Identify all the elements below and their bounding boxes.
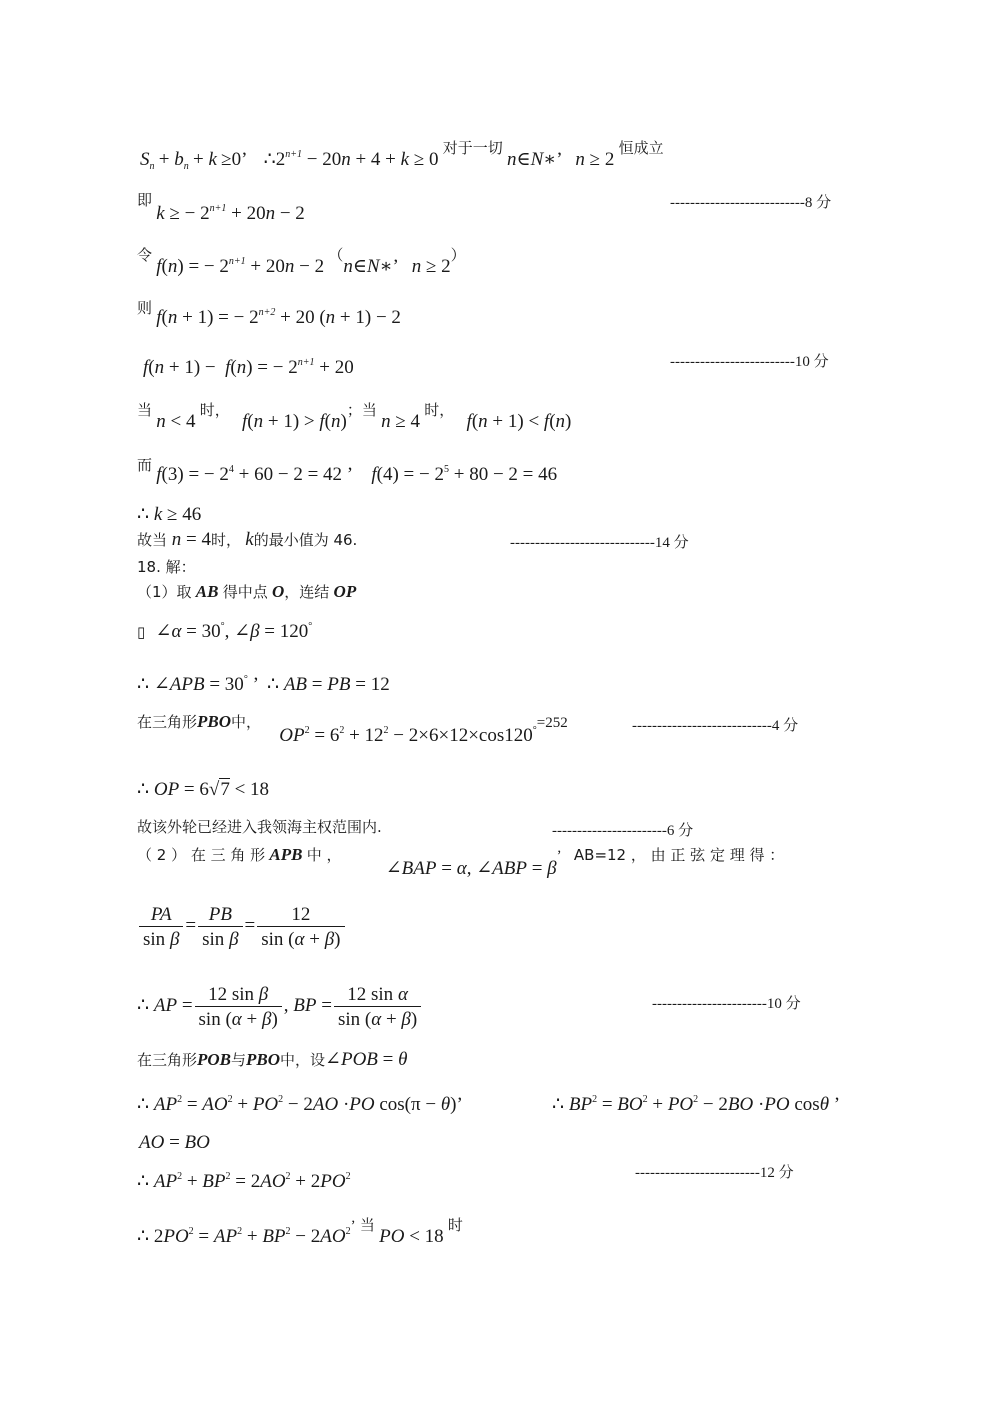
text: AB=12 ， 由 正 弦 定 理 得 ：	[574, 846, 784, 864]
text: （ 2 ） 在 三 角 形	[137, 846, 265, 864]
math-equation: PAsin β=PBsin β=12sin (α + β)	[137, 915, 347, 936]
line-16: 故该外轮已经进入我领海主权范围内.	[137, 818, 382, 835]
score-marker-10: -------------------------10 分	[670, 350, 829, 371]
line-15: ∴ OP = 6√7 < 18	[137, 780, 269, 799]
math: ∠POB = θ	[325, 1049, 407, 1070]
score-label: 4 分	[772, 718, 798, 734]
math: ’	[557, 848, 562, 864]
math: k	[245, 529, 253, 550]
math: +	[159, 149, 174, 170]
text: 令	[137, 246, 152, 264]
math: f(3) = − 24 + 60 − 2 = 42 ’	[156, 464, 353, 485]
math: ’	[351, 1218, 356, 1234]
fraction: 12 sin βsin (α + β)	[195, 985, 282, 1029]
math: OP	[334, 582, 357, 601]
text: 时，	[200, 401, 230, 419]
math: n∈N∗’ n ≥ 2	[343, 256, 450, 277]
line-20: 在三角形POB与PBO中，设∠POB = θ	[137, 1050, 407, 1069]
text: 则	[137, 299, 152, 317]
math: PO < 18	[379, 1226, 444, 1247]
line-3: 令 f(n) = − 2n+1 + 20n − 2 （n∈N∗’ n ≥ 2）	[137, 245, 466, 264]
text: 恒成立	[619, 139, 664, 157]
math: ≥	[221, 149, 231, 170]
math: ∠BAP = α, ∠ABP = β	[386, 858, 557, 879]
math: AB	[196, 582, 219, 601]
math: f(n) = − 2n+1 + 20n − 2	[156, 256, 324, 277]
text: 故该外轮已经进入我领海主权范围内.	[137, 818, 382, 836]
text: 当	[360, 1216, 375, 1234]
line-24: ∴ 2PO2 = AP2 + BP2 − 2AO2’ 当 PO < 18 时	[137, 1215, 463, 1234]
math: ∴ OP = 6√7 < 18	[137, 778, 269, 800]
line-19: ∴ AP =12 sin βsin (α + β), BP =12 sin αs…	[137, 985, 423, 1029]
math: +	[193, 149, 208, 170]
score-label: 12 分	[760, 1165, 794, 1181]
text: 当	[137, 401, 152, 419]
math: PBO	[246, 1050, 280, 1069]
text: 时，	[211, 531, 241, 549]
score-dashes: -------------------------	[635, 1165, 760, 1181]
math: ）	[451, 248, 466, 264]
line-8: ∴ k ≥ 46	[137, 505, 201, 524]
text: 即	[137, 191, 152, 209]
score-marker-4: ----------------------------4 分	[632, 714, 798, 735]
math: f(n + 1) < f(n)	[467, 411, 572, 432]
score-marker-8: ---------------------------8 分	[670, 191, 831, 212]
text: 在三角形	[137, 1051, 197, 1069]
line-1: Sn + bn + k ≥0’ ∴2n+1 − 20n + 4 + k ≥ 0 …	[140, 150, 664, 172]
score-dashes: -----------------------------	[510, 535, 655, 551]
missing-glyph-box: ▯	[137, 625, 145, 641]
score-label: 14 分	[655, 535, 689, 551]
text: 中，	[231, 713, 261, 731]
text: 对于一切	[443, 139, 503, 157]
math: f(n + 1) > f(n)	[242, 411, 347, 432]
line-22: AO = BO	[139, 1133, 210, 1152]
score-dashes: ----------------------------	[632, 718, 772, 734]
line-6: 当 n < 4 时， f(n + 1) > f(n)；当 n ≥ 4 时， f(…	[137, 400, 571, 419]
score-label: 6 分	[667, 823, 693, 839]
math: k	[208, 149, 216, 170]
line-21b: ∴ BP2 = BO2 + PO2 − 2BO ·PO cosθ ’	[552, 1095, 840, 1114]
text: 的最小值为 46.	[254, 531, 358, 549]
math: = 4	[181, 529, 211, 550]
fraction: 12 sin αsin (α + β)	[334, 985, 421, 1029]
math: ∴ ∠APB = 30° ’ ∴ AB = PB = 12	[137, 674, 390, 695]
text: 当	[362, 401, 377, 419]
math: POB	[197, 1050, 231, 1069]
line-23: ∴ AP2 + BP2 = 2AO2 + 2PO2	[137, 1172, 351, 1191]
text: 时	[448, 1216, 463, 1234]
text: 得中点	[223, 583, 268, 601]
math: n < 4	[156, 411, 195, 432]
math: AO = BO	[139, 1132, 210, 1153]
math: n	[167, 529, 181, 550]
line-11: （1）取 AB 得中点 O，连结 OP	[137, 583, 356, 600]
line-14: 在三角形PBO中， OP2 = 62 + 122 − 2×6×12×cos120…	[137, 712, 568, 731]
text: 在三角形	[137, 713, 197, 731]
math-equation: ∴ AP =12 sin βsin (α + β), BP =12 sin αs…	[137, 995, 423, 1016]
math: APB	[269, 845, 302, 864]
line-17: （ 2 ） 在 三 角 形 APB 中 ， ∠BAP = α, ∠ABP = β…	[137, 845, 784, 864]
line-2: 即 k ≥ − 2n+1 + 20n − 2	[137, 190, 305, 209]
math: n ≥ 4	[381, 411, 420, 432]
line-4: 则 f(n + 1) = − 2n+2 + 20 (n + 1) − 2	[137, 298, 401, 317]
text: ；	[347, 401, 362, 419]
math: ∴ k ≥ 46	[137, 504, 201, 525]
score-marker-12: -------------------------12 分	[635, 1161, 794, 1182]
math: OP2 = 62 + 122 − 2×6×12×cos120°	[279, 725, 536, 746]
score-dashes: -----------------------	[652, 996, 767, 1012]
line-18: PAsin β=PBsin β=12sin (α + β)	[137, 905, 347, 949]
math: 0	[232, 149, 242, 170]
math: f(n + 1) = − 2n+2 + 20 (n + 1) − 2	[156, 307, 401, 328]
math-result: =252	[537, 715, 568, 731]
text: （1）取	[137, 583, 192, 601]
text: 而	[137, 456, 152, 474]
text: 故当	[137, 531, 167, 549]
math: k ≥ − 2n+1 + 20n − 2	[156, 203, 305, 224]
math: 2n+1 − 20n + 4 + k ≥ 0	[276, 149, 439, 170]
score-marker-6: -----------------------6 分	[552, 819, 693, 840]
problem-number: 18. 解：	[137, 558, 196, 576]
line-5: f(n + 1) − f(n) = − 2n+1 + 20	[143, 358, 354, 377]
math: （	[328, 248, 343, 264]
score-label: 10 分	[767, 996, 801, 1012]
math: ’	[241, 149, 247, 170]
text: 中 ，	[307, 846, 342, 864]
math: ∴ 2PO2 = AP2 + BP2 − 2AO2	[137, 1226, 351, 1247]
math: bn	[174, 149, 189, 170]
fraction: PBsin β	[198, 905, 242, 949]
math: PBO	[197, 712, 231, 731]
math: ∴ AP2 + BP2 = 2AO2 + 2PO2	[137, 1171, 351, 1192]
fraction: 12sin (α + β)	[257, 905, 344, 949]
fraction: PAsin β	[139, 905, 183, 949]
score-dashes: -----------------------	[552, 823, 667, 839]
math: ∠α = 30°, ∠β = 120°	[156, 621, 313, 642]
text: 与	[231, 1051, 246, 1069]
math: Sn	[140, 149, 155, 170]
math: ∴ AP2 = AO2 + PO2 − 2AO ·PO cos(π − θ)’	[137, 1094, 463, 1115]
score-dashes: ---------------------------	[670, 195, 805, 211]
score-marker-14: -----------------------------14 分	[510, 531, 689, 552]
score-label: 8 分	[805, 195, 831, 211]
math: ∴ BP2 = BO2 + PO2 − 2BO ·PO cosθ ’	[552, 1094, 840, 1115]
text: 中，设	[280, 1051, 325, 1069]
line-12: ▯ ∠α = 30°, ∠β = 120°	[137, 622, 312, 641]
line-21: ∴ AP2 = AO2 + PO2 − 2AO ·PO cos(π − θ)’	[137, 1095, 463, 1114]
line-10: 18. 解：	[137, 558, 196, 575]
score-marker-10b: -----------------------10 分	[652, 992, 801, 1013]
score-dashes: -------------------------	[670, 354, 795, 370]
math: f(4) = − 25 + 80 − 2 = 46	[371, 464, 557, 485]
text: 时，	[424, 401, 454, 419]
line-9: 故当 n = 4时， k的最小值为 46.	[137, 530, 357, 549]
math: n∈N∗’ n ≥ 2	[507, 149, 614, 170]
math: O	[272, 582, 284, 601]
line-7: 而 f(3) = − 24 + 60 − 2 = 42 ’ f(4) = − 2…	[137, 455, 557, 474]
math: f(n + 1) − f(n) = − 2n+1 + 20	[143, 357, 354, 378]
text: ，连结	[284, 583, 329, 601]
score-label: 10 分	[795, 354, 829, 370]
line-13: ∴ ∠APB = 30° ’ ∴ AB = PB = 12	[137, 675, 390, 694]
math: ∴	[264, 149, 276, 170]
